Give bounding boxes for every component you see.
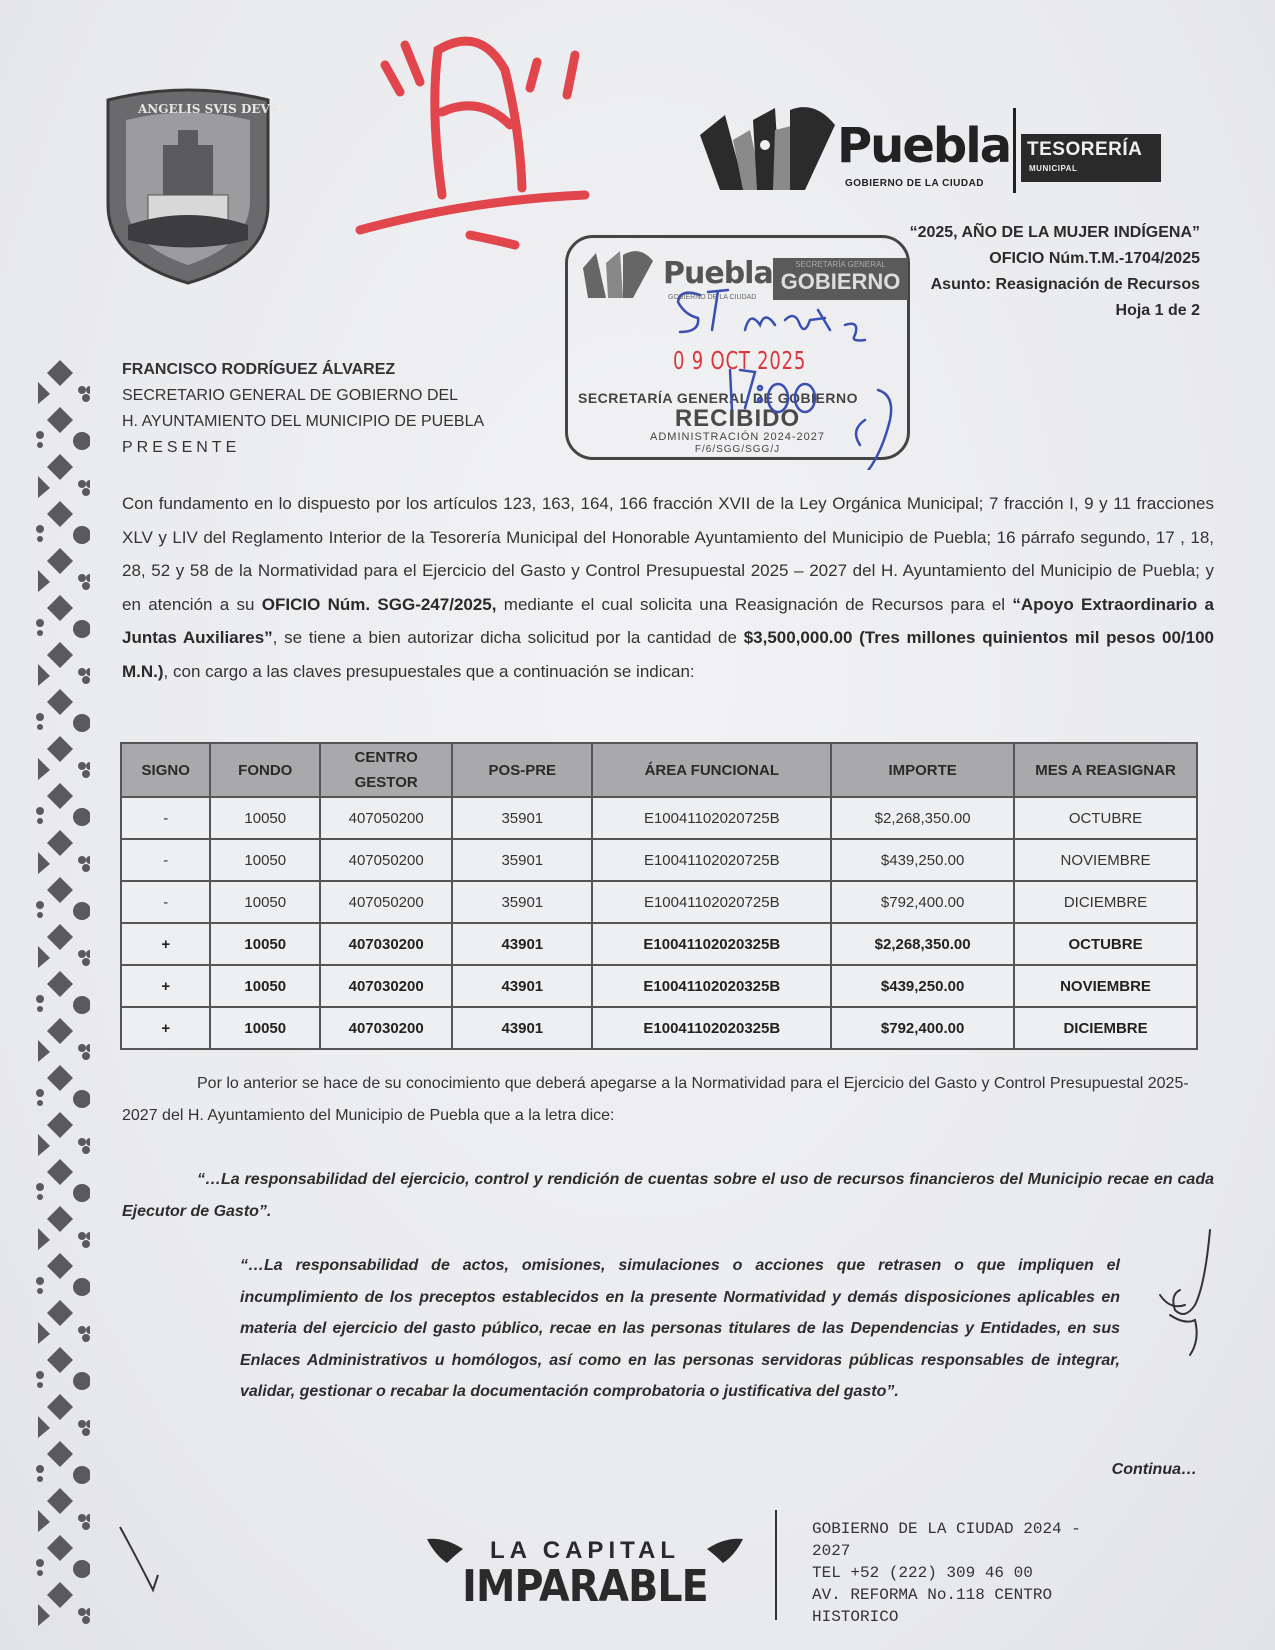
- table-cell: +: [121, 965, 210, 1007]
- addressee-salutation: PRESENTE: [122, 435, 484, 461]
- year-motto: “2025, AÑO DE LA MUJER INDÍGENA”: [910, 220, 1200, 246]
- quote-second: “…La responsabilidad de actos, omisiones…: [240, 1250, 1120, 1408]
- footer-line: 2027: [812, 1540, 1081, 1562]
- subject-line: Asunto: Reasignación de Recursos: [910, 272, 1200, 298]
- handwritten-annotation-icon: [560, 270, 930, 470]
- logo-wordmark: Puebla: [837, 118, 1010, 174]
- normativity-text: Por lo anterior se hace de su conocimien…: [122, 1075, 1189, 1124]
- tesoreria-subtitle: MUNICIPAL: [1029, 164, 1077, 173]
- footer-slogan-logo: LA CAPITAL IMPARABLE: [425, 1535, 745, 1635]
- footer-contact-info: GOBIERNO DE LA CIUDAD 2024 -2027TEL +52 …: [812, 1518, 1081, 1628]
- table-cell: +: [121, 923, 210, 965]
- footer-line: HISTORICO: [812, 1606, 1081, 1628]
- logo-subtitle: GOBIERNO DE LA CIUDAD: [845, 178, 984, 189]
- table-cell: 10050: [210, 839, 320, 881]
- continues-label: Continua…: [1112, 1461, 1197, 1479]
- quote-first-text: “…La responsabilidad del ejercicio, cont…: [122, 1171, 1214, 1220]
- table-cell: $792,400.00: [831, 1007, 1014, 1049]
- municipal-shield-icon: ANGELIS SVIS DEVS: [98, 85, 278, 285]
- table-cell: $2,268,350.00: [831, 923, 1014, 965]
- tesoreria-title: TESORERÍA: [1027, 139, 1142, 161]
- table-row: -1005040705020035901E10041102020725B$439…: [121, 839, 1197, 881]
- table-cell: $792,400.00: [831, 881, 1014, 923]
- logo-divider: [1013, 108, 1016, 193]
- page-indicator: Hoja 1 de 2: [910, 298, 1200, 324]
- table-cell: DICIEMBRE: [1014, 1007, 1197, 1049]
- addressee-block: FRANCISCO RODRÍGUEZ ÁLVAREZ SECRETARIO G…: [122, 357, 484, 461]
- column-header: IMPORTE: [831, 743, 1014, 797]
- table-cell: DICIEMBRE: [1014, 881, 1197, 923]
- table-cell: $439,250.00: [831, 839, 1014, 881]
- table-row: +1005040703020043901E10041102020325B$439…: [121, 965, 1197, 1007]
- column-header: ÁREA FUNCIONAL: [592, 743, 831, 797]
- footer-phone: TEL +52 (222) 309 46 00: [812, 1562, 1081, 1584]
- table-cell: 407030200: [320, 923, 452, 965]
- table-header-row: SIGNOFONDOCENTRO GESTORPOS-PREÁREA FUNCI…: [121, 743, 1197, 797]
- slogan-main: IMPARABLE: [441, 1561, 729, 1612]
- column-header: POS-PRE: [452, 743, 592, 797]
- table-cell: 10050: [210, 1007, 320, 1049]
- table-cell: E10041102020725B: [592, 881, 831, 923]
- tesoreria-badge: TESORERÍA MUNICIPAL: [1021, 134, 1161, 182]
- table-row: -1005040705020035901E10041102020725B$792…: [121, 881, 1197, 923]
- addressee-title-line2: H. AYUNTAMIENTO DEL MUNICIPIO DE PUEBLA: [122, 409, 484, 435]
- table-cell: E10041102020725B: [592, 839, 831, 881]
- table-cell: 407050200: [320, 797, 452, 839]
- table-cell: 10050: [210, 923, 320, 965]
- table-cell: 35901: [452, 881, 592, 923]
- oficio-number: OFICIO Núm.T.M.-1704/2025: [910, 246, 1200, 272]
- puebla-tesoreria-logo: Puebla GOBIERNO DE LA CIUDAD TESORERÍA M…: [695, 100, 1165, 200]
- table-row: +1005040703020043901E10041102020325B$2,2…: [121, 923, 1197, 965]
- table-cell: $2,268,350.00: [831, 797, 1014, 839]
- stamp-box-top: SECRETARÍA GENERAL: [773, 260, 908, 269]
- footer-divider: [775, 1510, 777, 1620]
- signature-initials-icon: [1140, 1225, 1230, 1365]
- table-cell: E10041102020725B: [592, 797, 831, 839]
- table-cell: -: [121, 797, 210, 839]
- normativity-paragraph: Por lo anterior se hace de su conocimien…: [122, 1068, 1214, 1132]
- footer-address: AV. REFORMA No.118 CENTRO: [812, 1584, 1081, 1606]
- puebla-emblem-icon: [695, 100, 840, 195]
- table-cell: -: [121, 839, 210, 881]
- oficio-reference: OFICIO Núm. SGG-247/2025,: [262, 595, 497, 614]
- table-row: +1005040703020043901E10041102020325B$792…: [121, 1007, 1197, 1049]
- decorative-border-icon: [30, 360, 90, 1640]
- table-row: -1005040705020035901E10041102020725B$2,2…: [121, 797, 1197, 839]
- table-cell: 407030200: [320, 965, 452, 1007]
- table-cell: NOVIEMBRE: [1014, 839, 1197, 881]
- table-cell: 407050200: [320, 839, 452, 881]
- table-cell: 35901: [452, 839, 592, 881]
- table-cell: E10041102020325B: [592, 923, 831, 965]
- addressee-name: FRANCISCO RODRÍGUEZ ÁLVAREZ: [122, 357, 484, 383]
- document-header-info: “2025, AÑO DE LA MUJER INDÍGENA” OFICIO …: [910, 220, 1200, 324]
- svg-text:ANGELIS SVIS DEVS: ANGELIS SVIS DEVS: [137, 102, 278, 116]
- addressee-title-line1: SECRETARIO GENERAL DE GOBIERNO DEL: [122, 383, 484, 409]
- footer-line: GOBIERNO DE LA CIUDAD 2024 -: [812, 1518, 1081, 1540]
- table-cell: 10050: [210, 965, 320, 1007]
- table-cell: -: [121, 881, 210, 923]
- table-cell: NOVIEMBRE: [1014, 965, 1197, 1007]
- table-cell: $439,250.00: [831, 965, 1014, 1007]
- column-header: MES A REASIGNAR: [1014, 743, 1197, 797]
- table-cell: +: [121, 1007, 210, 1049]
- table-cell: 407030200: [320, 1007, 452, 1049]
- handwritten-a-mark-icon: [330, 30, 590, 260]
- column-header: CENTRO GESTOR: [320, 743, 452, 797]
- table-cell: 43901: [452, 1007, 592, 1049]
- table-cell: 407050200: [320, 881, 452, 923]
- table-cell: 10050: [210, 881, 320, 923]
- table-cell: E10041102020325B: [592, 965, 831, 1007]
- table-cell: E10041102020325B: [592, 1007, 831, 1049]
- pen-mark-icon: [118, 1525, 168, 1595]
- table-cell: 35901: [452, 797, 592, 839]
- column-header: FONDO: [210, 743, 320, 797]
- table-cell: 43901: [452, 965, 592, 1007]
- body-text: , con cargo a las claves presupuestales …: [164, 662, 695, 681]
- budget-reallocation-table: SIGNOFONDOCENTRO GESTORPOS-PREÁREA FUNCI…: [120, 742, 1198, 1050]
- column-header: SIGNO: [121, 743, 210, 797]
- table-cell: OCTUBRE: [1014, 797, 1197, 839]
- body-text: , se tiene a bien autorizar dicha solici…: [273, 628, 744, 647]
- table-cell: 43901: [452, 923, 592, 965]
- body-text: mediante el cual solicita una Reasignaci…: [496, 595, 1012, 614]
- table-cell: 10050: [210, 797, 320, 839]
- table-cell: OCTUBRE: [1014, 923, 1197, 965]
- quote-first: “…La responsabilidad del ejercicio, cont…: [122, 1164, 1214, 1228]
- body-paragraph: Con fundamento en lo dispuesto por los a…: [122, 487, 1214, 688]
